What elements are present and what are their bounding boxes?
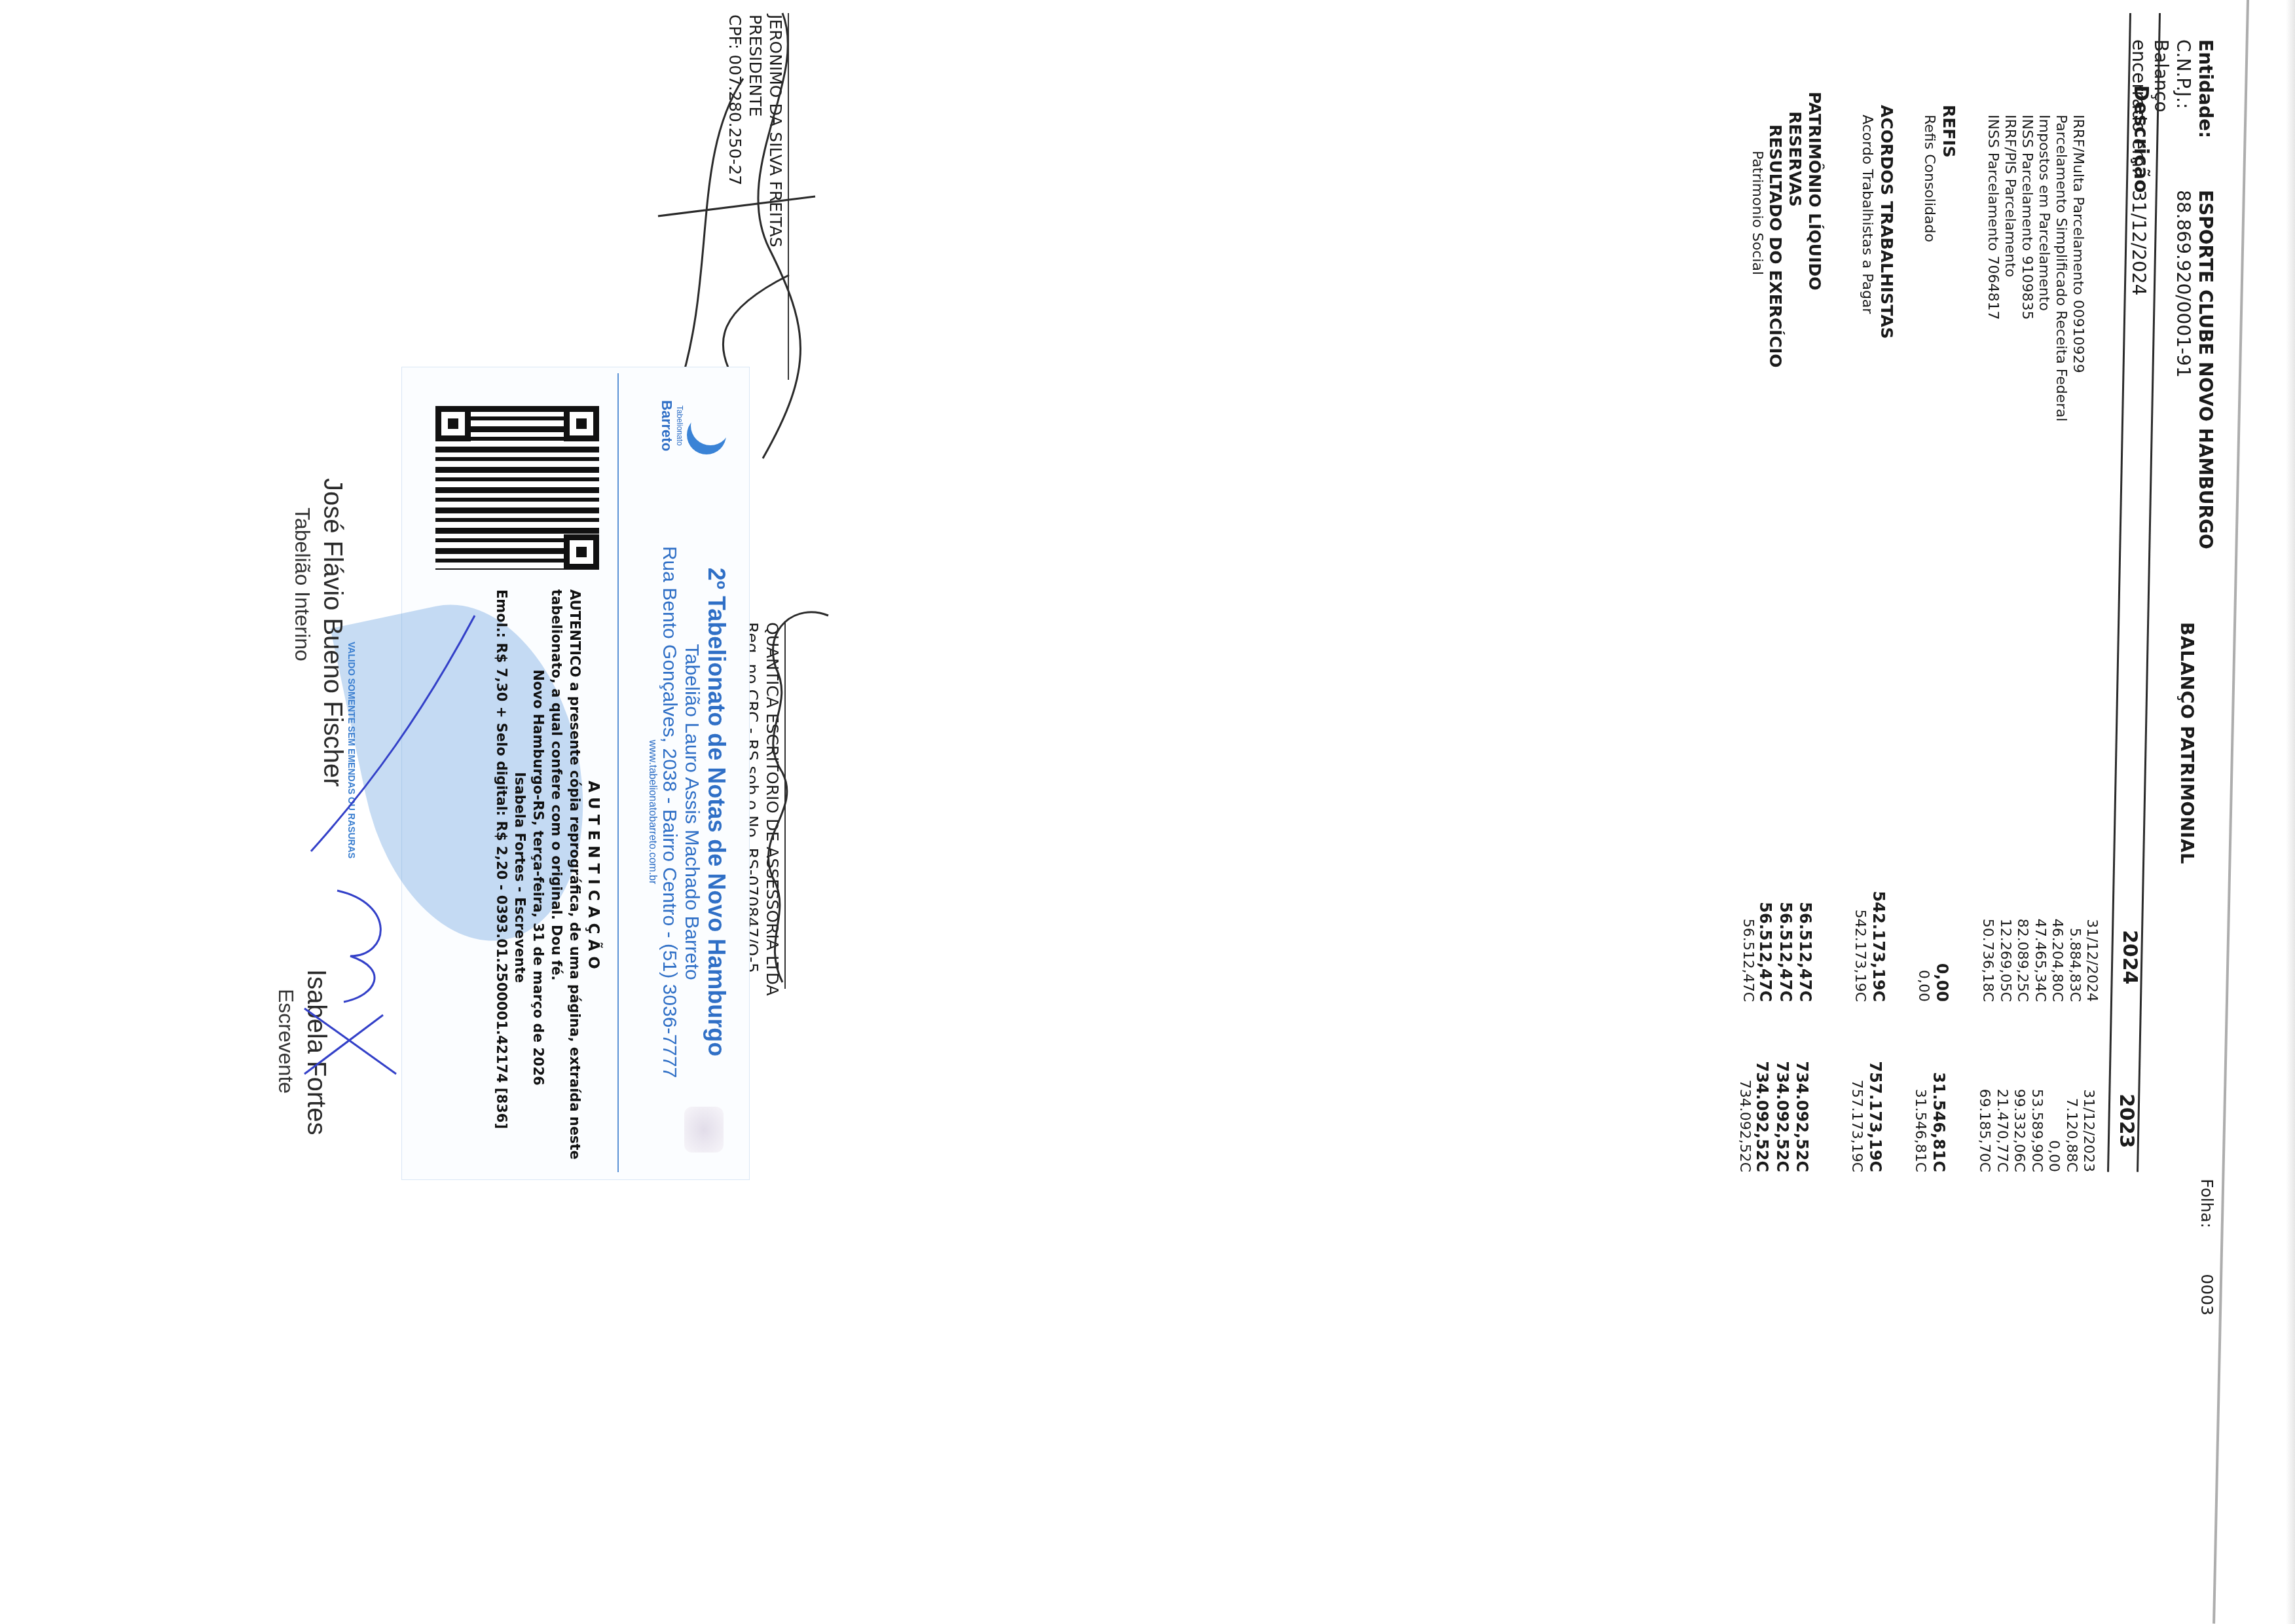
closing-date-value: 31/12/2024 — [2128, 190, 2150, 295]
qr-finder-icon — [564, 406, 599, 441]
hologram-seal-icon — [684, 1107, 724, 1153]
value-2023: 69.185,70C — [1977, 1002, 1993, 1172]
value-2023: 734.092,52C — [1793, 1002, 1811, 1172]
scan-edge — [2286, 0, 2295, 1624]
sheet-number-value: 0003 — [2197, 1274, 2216, 1316]
notary-logo: Tabelionato Barreto — [638, 386, 730, 465]
table-row-label: Patrimonio Social — [1748, 151, 1766, 275]
value-2024: 56.512,47C — [1756, 832, 1774, 1002]
table-row-label: INSS Parcelamento 7064817 — [1983, 115, 2002, 320]
value-2023: 53.589,90C — [2029, 1002, 2045, 1172]
table-header-rule — [2107, 13, 2131, 1172]
value-2023: 31.546,81C — [1912, 1002, 1928, 1172]
notary-office-name: 2º Tabelionato de Notas de Novo Hamburgo — [703, 517, 730, 1107]
value-2023: 31/12/2023 — [2080, 1002, 2097, 1172]
qr-code-icon[interactable] — [435, 406, 599, 570]
table-row-label: RESULTADO DO EXERCÍCIO — [1766, 124, 1784, 368]
value-2023: 734.092,52C — [1773, 1002, 1791, 1172]
authentication-body: AUTENTICO a presente cópia reprográfica,… — [547, 589, 584, 1166]
entity-line: Entidade:ESPORTE CLUBE NOVO HAMBURGO — [2194, 39, 2216, 549]
value-2024: 0,00 — [1915, 832, 1932, 1002]
scanned-page: Entidade:ESPORTE CLUBE NOVO HAMBURGO C.N… — [0, 0, 2295, 1624]
entity-name: ESPORTE CLUBE NOVO HAMBURGO — [2195, 190, 2216, 549]
document-title: BALANÇO PATRIMONIAL — [2176, 622, 2197, 864]
qr-finder-icon — [564, 534, 599, 570]
table-row-label: PATRIMÔNIO LÍQUIDO — [1805, 92, 1824, 290]
table-row-label: REFIS — [1939, 105, 1958, 158]
value-2024: 56.512,47C — [1796, 832, 1814, 1002]
scan-frame-line — [2212, 0, 2249, 1623]
value-2024: 56.512,47C — [1740, 832, 1756, 1002]
value-2024: 12.269,05C — [1997, 832, 2013, 1002]
value-2024: 46.204,80C — [2049, 832, 2065, 1002]
value-2024: 47.465,34C — [2032, 832, 2048, 1002]
table-row-label: IRRF/Multa Parcelamento 00910929 — [2068, 115, 2087, 373]
column-header-2024: 2024 — [2118, 930, 2141, 985]
table-row-label: Impostos em Parcelamento — [2034, 115, 2053, 311]
notary-authentication-stamp: Tabelionato Barreto 2º Tabelionato de No… — [160, 367, 750, 1179]
value-2024: 50.736,18C — [1980, 832, 1996, 1002]
notary-tabeliao: Tabelião Lauro Assis Machado Barreto — [680, 517, 703, 1107]
notary-heading: 2º Tabelionato de Notas de Novo Hamburgo… — [646, 517, 730, 1107]
table-row-label: Acordo Trabalhistas a Pagar — [1858, 115, 1876, 314]
table-row-label: RESERVAS — [1786, 111, 1804, 207]
cnpj-value: 88.869.920/0001-91 — [2173, 190, 2194, 378]
table-row-label: ACORDOS TRABALHISTAS — [1877, 105, 1896, 339]
value-2023: 99.332,06C — [2011, 1002, 2027, 1172]
value-2023: 31.546,81C — [1930, 1002, 1948, 1172]
table-row-label: Refis Consolidado — [1920, 115, 1938, 242]
notary-address: Rua Bento Gonçalves, 2038 - Bairro Centr… — [658, 517, 680, 1107]
column-header-description: Descrição — [2129, 85, 2152, 193]
notary-rule — [617, 373, 619, 1172]
notary-handwritten-signature — [291, 616, 501, 1074]
table-row-label: INSS Parcelamento 9109835 — [2017, 115, 2036, 320]
value-2024: 5.884,83C — [2066, 832, 2083, 1002]
value-2023: 21.470,77C — [1994, 1002, 2010, 1172]
column-header-2023: 2023 — [2115, 1094, 2138, 1149]
table-row-label: IRRF/PIS Parcelamento — [2000, 115, 2019, 277]
value-2023: 757.173,19C — [1866, 1002, 1884, 1172]
value-2023: 757.173,19C — [1848, 1002, 1865, 1172]
value-2023: 7.120,88C — [2063, 1002, 2080, 1172]
value-2023: 0,00 — [2046, 1002, 2062, 1172]
value-2024: 56.512,47C — [1776, 832, 1795, 1002]
cnpj-line: C.N.P.J.:88.869.920/0001-91 — [2172, 39, 2194, 549]
value-2024: 0,00 — [1933, 832, 1951, 1002]
table-row-label: Parcelamento Simplificado Receita Federa… — [2051, 115, 2070, 422]
authentication-place-date: Novo Hamburgo-RS, terça-feira, 31 de mar… — [529, 589, 547, 1166]
moon-logo-icon — [691, 406, 730, 445]
value-2024: 82.089,25C — [2014, 832, 2030, 1002]
authentication-text: AUTENTICAÇÃO AUTENTICO a presente cópia … — [492, 589, 602, 1166]
qr-finder-icon — [435, 406, 471, 441]
value-2024: 542.173,19C — [1869, 832, 1888, 1002]
value-2023: 734.092,52C — [1736, 1002, 1753, 1172]
notary-website: www.tabelionatobarreto.com.br — [646, 517, 658, 1107]
value-2024: 31/12/2024 — [2084, 832, 2100, 1002]
authentication-title: AUTENTICAÇÃO — [584, 589, 602, 1166]
value-2023: 734.092,52C — [1753, 1002, 1771, 1172]
value-2024: 542.173,19C — [1852, 832, 1868, 1002]
sheet-number: Folha:0003 — [2197, 1179, 2216, 1361]
authentication-clerk: Isabela Fortes - Escrevente — [511, 589, 529, 1166]
